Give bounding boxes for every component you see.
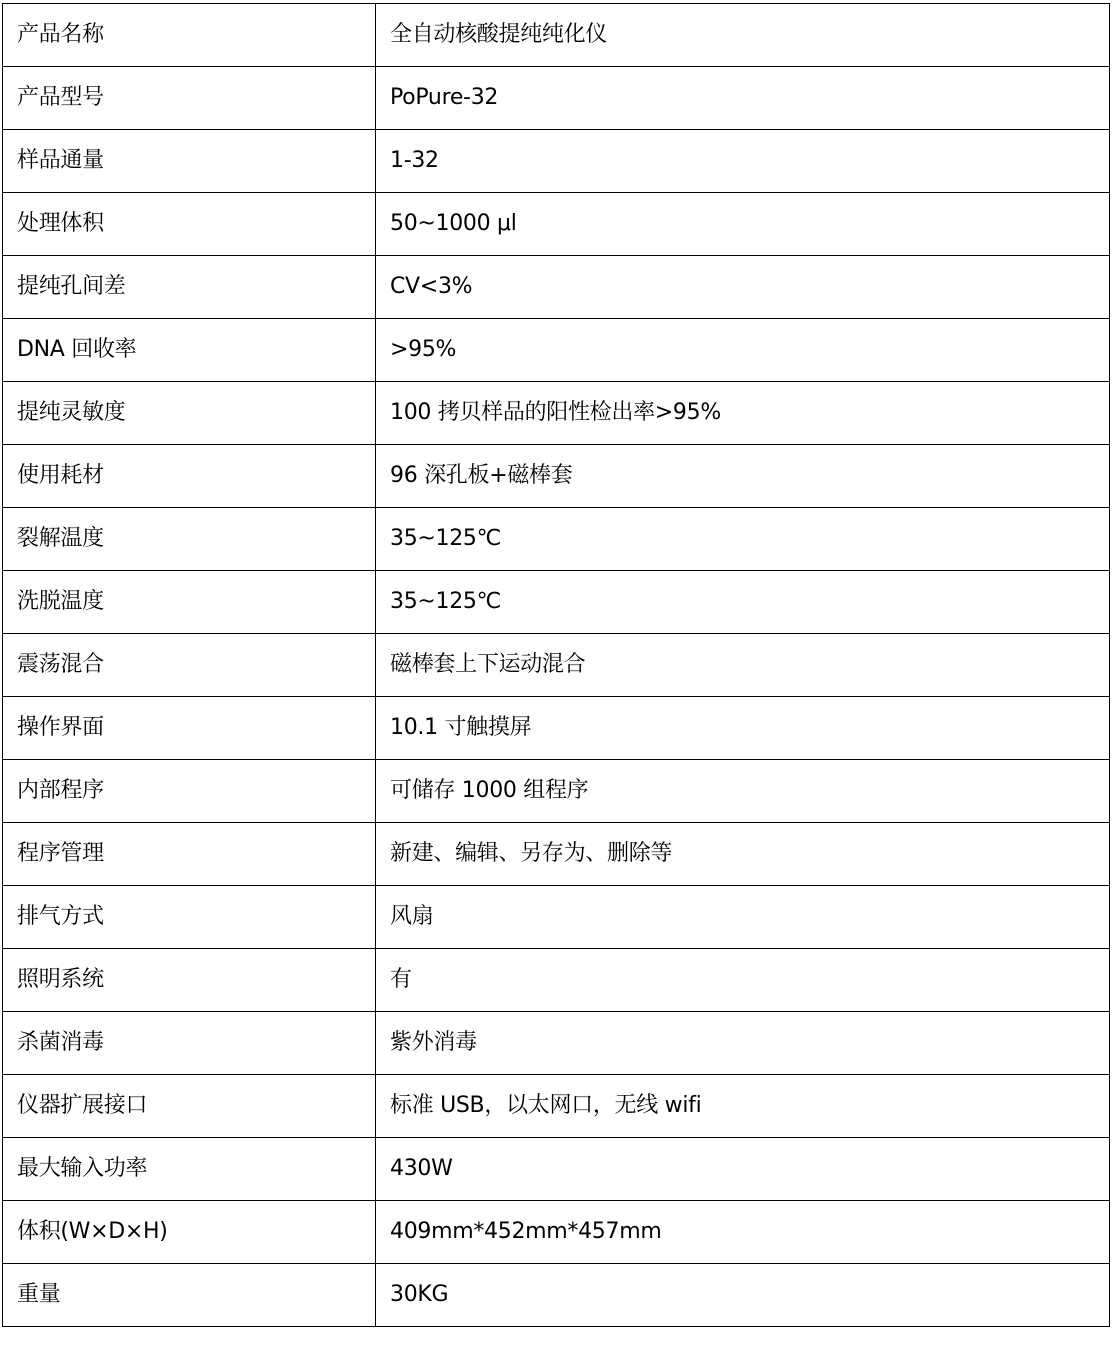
row-label: 仪器扩展接口 xyxy=(3,1075,376,1138)
table-row: DNA 回收率 >95% xyxy=(3,319,1110,382)
row-label: 操作界面 xyxy=(3,697,376,760)
row-label: 洗脱温度 xyxy=(3,571,376,634)
row-value: 35~125℃ xyxy=(376,508,1110,571)
row-label: 产品名称 xyxy=(3,4,376,67)
row-value: 30KG xyxy=(376,1264,1110,1327)
row-value: 有 xyxy=(376,949,1110,1012)
row-value: 磁棒套上下运动混合 xyxy=(376,634,1110,697)
table-row: 使用耗材 96 深孔板+磁棒套 xyxy=(3,445,1110,508)
row-value: 50~1000 μl xyxy=(376,193,1110,256)
table-row: 提纯孔间差 CV<3% xyxy=(3,256,1110,319)
table-row: 震荡混合 磁棒套上下运动混合 xyxy=(3,634,1110,697)
row-value: >95% xyxy=(376,319,1110,382)
table-row: 产品名称 全自动核酸提纯纯化仪 xyxy=(3,4,1110,67)
row-value: 35~125℃ xyxy=(376,571,1110,634)
row-value: 可储存 1000 组程序 xyxy=(376,760,1110,823)
row-label: 提纯孔间差 xyxy=(3,256,376,319)
row-value: PoPure-32 xyxy=(376,67,1110,130)
table-row: 样品通量 1-32 xyxy=(3,130,1110,193)
row-label: DNA 回收率 xyxy=(3,319,376,382)
table-row: 仪器扩展接口 标准 USB，以太网口，无线 wifi xyxy=(3,1075,1110,1138)
row-label: 震荡混合 xyxy=(3,634,376,697)
table-row: 重量 30KG xyxy=(3,1264,1110,1327)
row-label: 提纯灵敏度 xyxy=(3,382,376,445)
row-value: 100 拷贝样品的阳性检出率>95% xyxy=(376,382,1110,445)
row-label: 使用耗材 xyxy=(3,445,376,508)
table-row: 体积(W×D×H) 409mm*452mm*457mm xyxy=(3,1201,1110,1264)
row-label: 照明系统 xyxy=(3,949,376,1012)
row-value: 标准 USB，以太网口，无线 wifi xyxy=(376,1075,1110,1138)
row-label: 排气方式 xyxy=(3,886,376,949)
row-label: 杀菌消毒 xyxy=(3,1012,376,1075)
row-value: 全自动核酸提纯纯化仪 xyxy=(376,4,1110,67)
row-label: 内部程序 xyxy=(3,760,376,823)
row-label: 最大输入功率 xyxy=(3,1138,376,1201)
table-row: 裂解温度 35~125℃ xyxy=(3,508,1110,571)
row-value: CV<3% xyxy=(376,256,1110,319)
table-row: 操作界面 10.1 寸触摸屏 xyxy=(3,697,1110,760)
row-label: 样品通量 xyxy=(3,130,376,193)
row-value: 10.1 寸触摸屏 xyxy=(376,697,1110,760)
table-row: 照明系统 有 xyxy=(3,949,1110,1012)
row-label: 程序管理 xyxy=(3,823,376,886)
row-value: 430W xyxy=(376,1138,1110,1201)
row-label: 重量 xyxy=(3,1264,376,1327)
table-row: 程序管理 新建、编辑、另存为、删除等 xyxy=(3,823,1110,886)
table-row: 杀菌消毒 紫外消毒 xyxy=(3,1012,1110,1075)
row-value: 新建、编辑、另存为、删除等 xyxy=(376,823,1110,886)
row-label: 裂解温度 xyxy=(3,508,376,571)
table-row: 洗脱温度 35~125℃ xyxy=(3,571,1110,634)
table-row: 提纯灵敏度 100 拷贝样品的阳性检出率>95% xyxy=(3,382,1110,445)
table-row: 最大输入功率 430W xyxy=(3,1138,1110,1201)
row-label: 产品型号 xyxy=(3,67,376,130)
spec-table: 产品名称 全自动核酸提纯纯化仪 产品型号 PoPure-32 样品通量 1-32… xyxy=(2,3,1110,1327)
row-value: 409mm*452mm*457mm xyxy=(376,1201,1110,1264)
table-row: 产品型号 PoPure-32 xyxy=(3,67,1110,130)
row-label: 处理体积 xyxy=(3,193,376,256)
row-value: 风扇 xyxy=(376,886,1110,949)
row-value: 紫外消毒 xyxy=(376,1012,1110,1075)
row-value: 1-32 xyxy=(376,130,1110,193)
table-row: 内部程序 可储存 1000 组程序 xyxy=(3,760,1110,823)
table-row: 排气方式 风扇 xyxy=(3,886,1110,949)
row-value: 96 深孔板+磁棒套 xyxy=(376,445,1110,508)
table-row: 处理体积 50~1000 μl xyxy=(3,193,1110,256)
row-label: 体积(W×D×H) xyxy=(3,1201,376,1264)
spec-table-body: 产品名称 全自动核酸提纯纯化仪 产品型号 PoPure-32 样品通量 1-32… xyxy=(3,4,1110,1327)
